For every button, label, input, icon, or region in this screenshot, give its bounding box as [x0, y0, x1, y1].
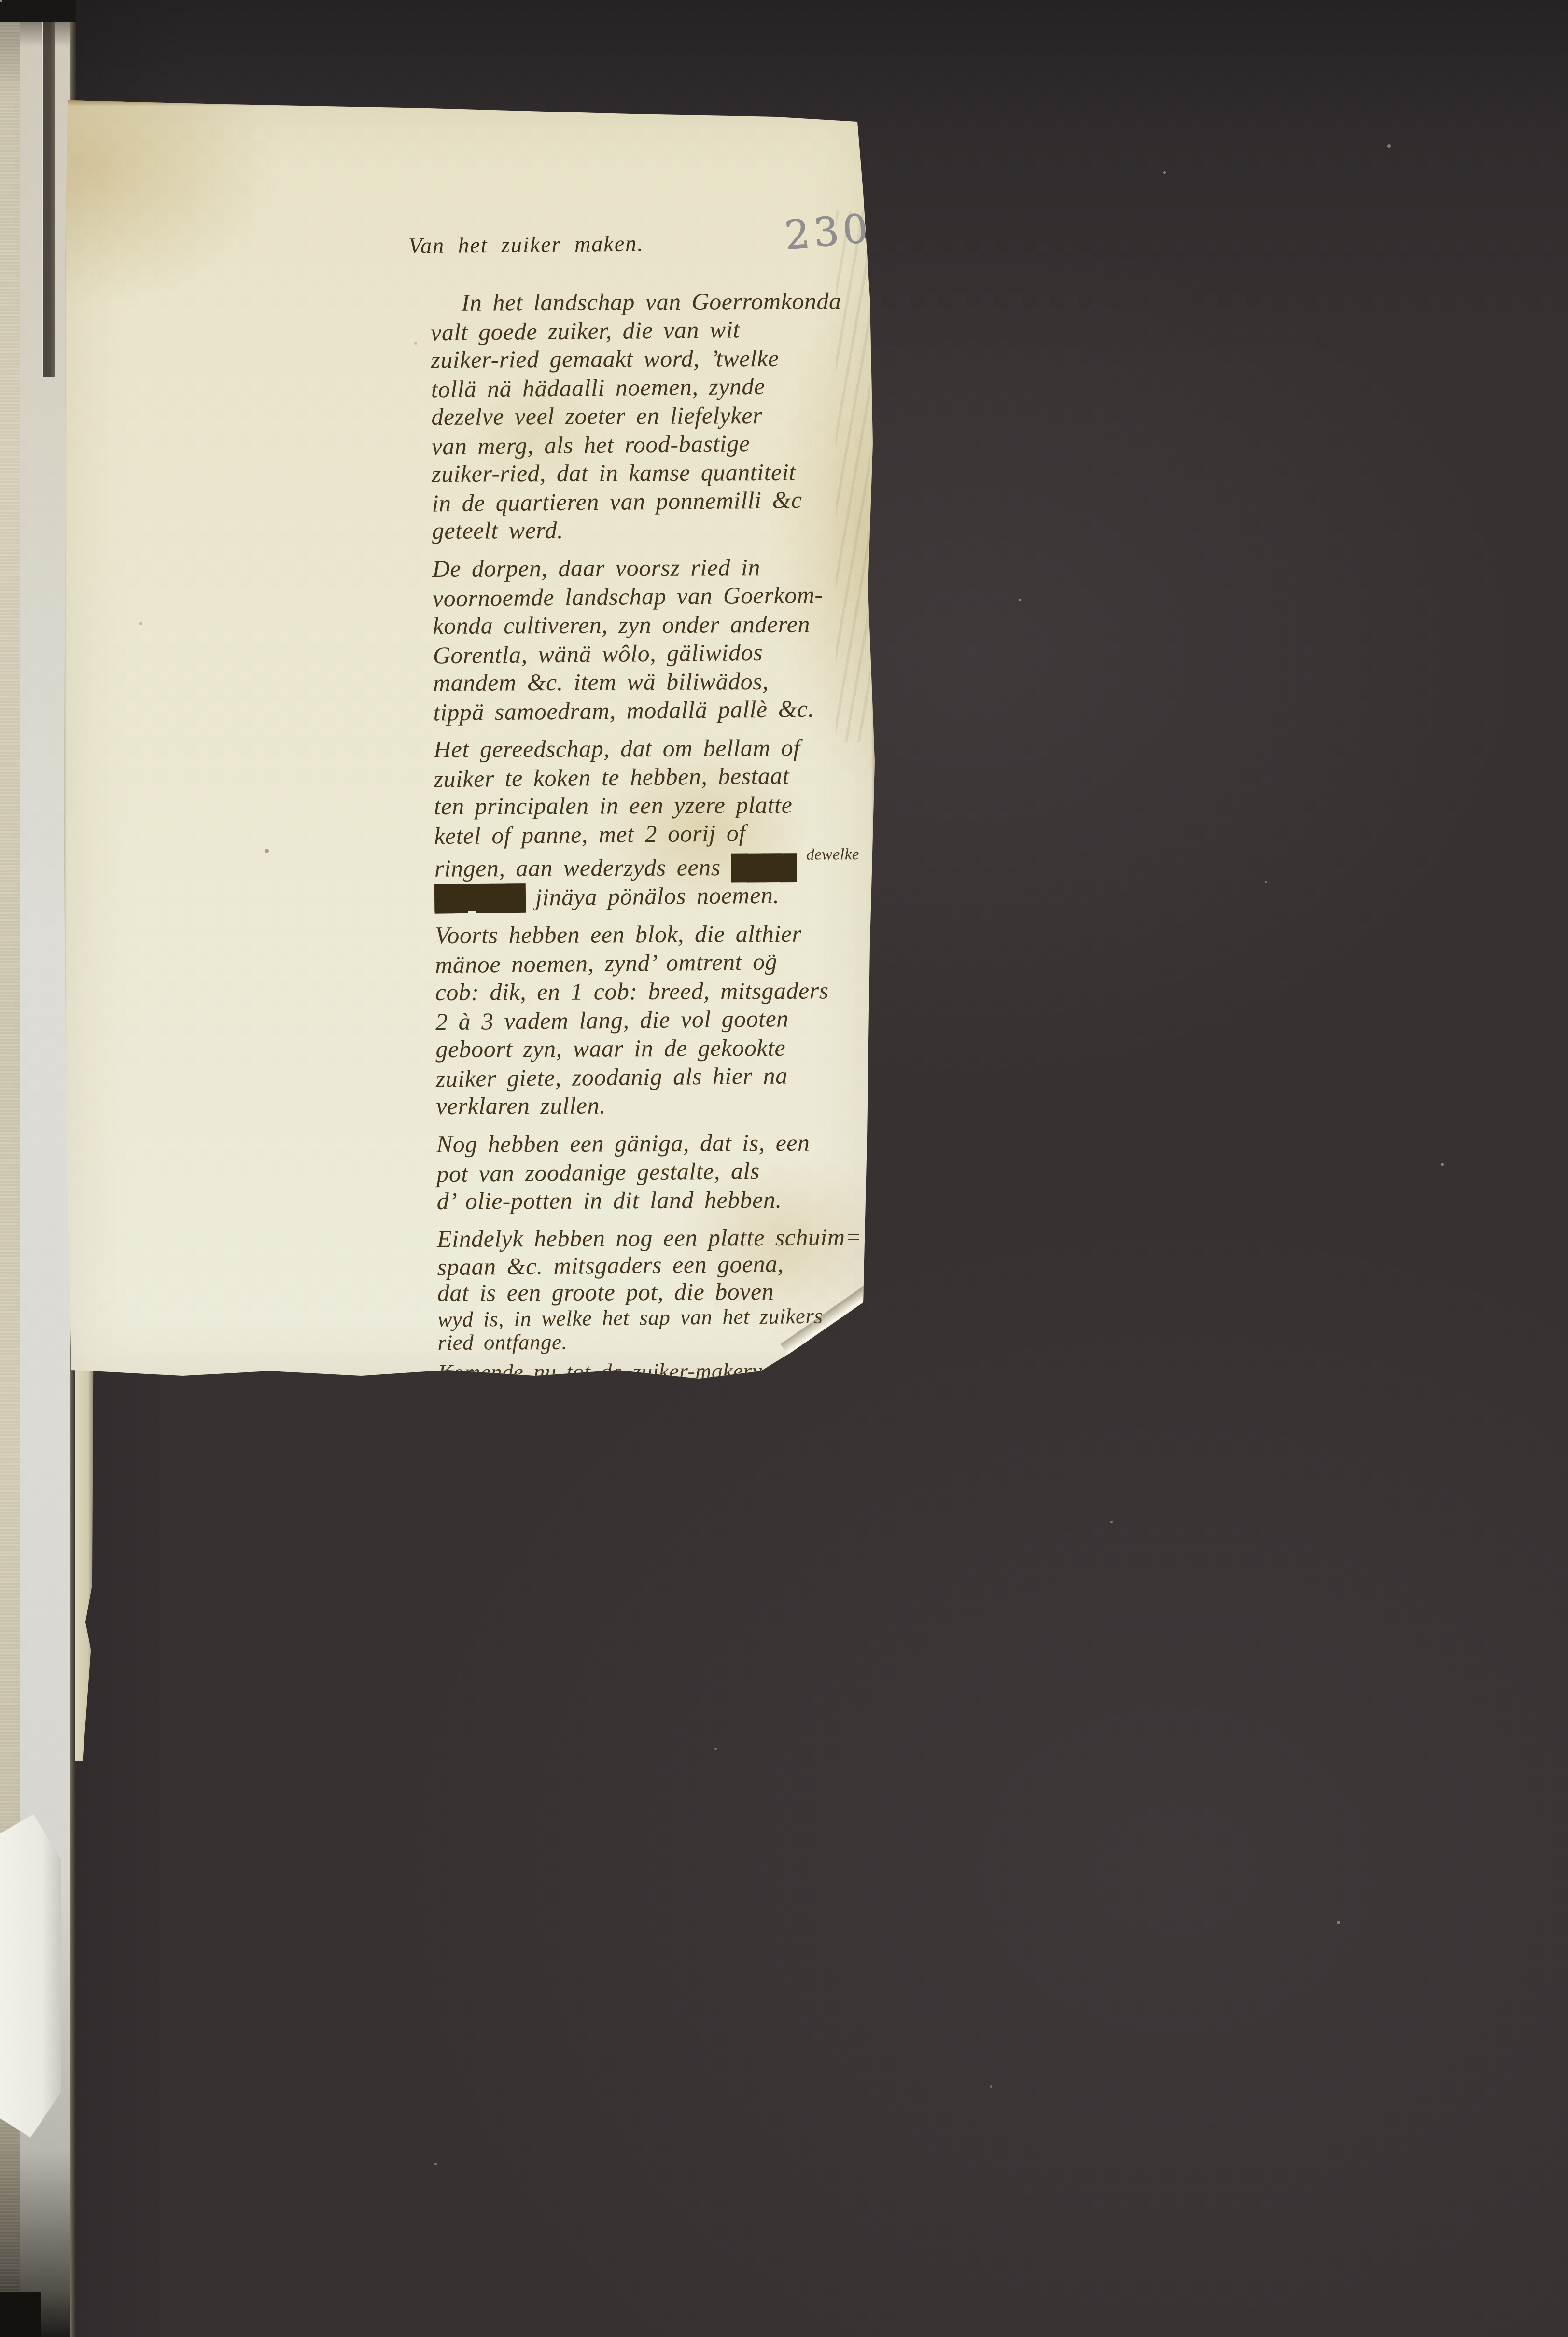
handwritten-line: In het landschap van Goerromkonda: [431, 287, 875, 317]
handwritten-line: voornoemde landschap van Goerkom-: [433, 580, 877, 613]
handwritten-line: Voorts hebben een blok, die althier: [435, 919, 879, 950]
handwritten-line: Gorentla, wänä wôlo, gäliwidos: [433, 637, 878, 670]
handwritten-line: ten principalen in een yzere platte: [434, 790, 878, 821]
ink-spot: [265, 849, 269, 853]
handwritten-line: wyd is, in welke het sap van het zuikers: [437, 1303, 882, 1331]
handwritten-line: tippä samoedram, modallä pallè &c.: [433, 694, 878, 727]
handwritten-line: in de quartieren van ponnemilli &c: [432, 485, 876, 518]
handwritten-line: Nog hebben een gäniga, dat is, een: [436, 1128, 881, 1159]
handwritten-line: dat is een groote pot, die boven: [437, 1277, 882, 1306]
manuscript-title: Van het zuiker maken.: [408, 230, 644, 258]
handwritten-line: zuiker-ried, dat in kamse quantiteit: [432, 458, 876, 488]
page-stack-highlight: [0, 1814, 61, 2138]
handwritten-line: van merg, als het rood-bastige: [431, 428, 876, 461]
dust-specks: [0, 0, 2, 2]
handwritten-line: Eindelyk hebben nog een platte schuim=: [437, 1223, 881, 1252]
handwritten-line: geboort zyn, waar in de gekookte: [435, 1033, 880, 1064]
ink-spot: [414, 342, 417, 345]
paragraph: Eindelyk hebben nog een platte schuim=sp…: [437, 1222, 882, 1355]
handwritten-line: d’ olie-potten in dit land hebben.: [437, 1185, 881, 1216]
handwritten-line: mänoe noemen, zynd’ omtrent og̈: [435, 946, 880, 979]
binding-shadow-sliver: [42, 0, 55, 377]
top-dark-cap: [0, 0, 76, 22]
handwritten-line: zuiker te koken te hebben, bestaat: [434, 761, 878, 794]
handwritten-line: dezelve veel zoeter en liefelyker: [431, 401, 875, 431]
handwritten-line: cob: dik, en 1 cob: breed, mitsgaders: [435, 976, 880, 1007]
bottom-corner-shadow: [0, 2292, 41, 2337]
manuscript-text: In het landschap van Goerromkondavalt go…: [430, 286, 882, 1467]
paragraph: In het landschap van Goerromkondavalt go…: [430, 286, 876, 546]
handwritten-line: ██ ███ jinäya pönälos noemen.: [434, 880, 879, 912]
paragraph: Het gereedschap, dat om bellam ofzuiker …: [434, 733, 879, 912]
manuscript-page: 230 1 Van het zuiker maken. In het lands…: [62, 96, 879, 1384]
handwritten-line: ketel of panne, met 2 oorij of: [434, 818, 879, 851]
handwritten-line: 2 à 3 vadem lang, die vol gooten: [435, 1003, 880, 1036]
handwritten-line: zuiker-ried gemaakt word, ’twelke: [431, 344, 875, 374]
handwritten-line: valt goede zuiker, die van wit: [431, 314, 875, 347]
ink-spot: [139, 622, 142, 625]
handwritten-line: Het gereedschap, dat om bellam of: [434, 733, 878, 764]
handwritten-line: ringen, aan wederzyds eens ████ dewelke: [434, 847, 879, 883]
paragraph: De dorpen, daar voorsz ried invoornoemde…: [432, 552, 877, 726]
handwritten-line: De dorpen, daar voorsz ried in: [432, 553, 876, 583]
handwritten-line: pot van zoodanige gestalte, als: [436, 1155, 881, 1188]
handwritten-line: zuiker giete, zoodanig als hier na: [436, 1060, 881, 1093]
handwritten-line: geteelt werd.: [432, 515, 876, 545]
handwritten-line: mandem &c. item wä biliwädos,: [433, 667, 877, 697]
handwritten-line: verklaren zullen.: [436, 1090, 880, 1120]
handwritten-line: tollä nä hädaalli noemen, zynde: [431, 371, 876, 404]
handwritten-line: konda cultiveren, zyn onder anderen: [433, 610, 877, 640]
folio-number-pencil: 230: [783, 206, 874, 259]
handwritten-line: spaan &c. mitsgaders een goena,: [437, 1249, 881, 1280]
paragraph: Voorts hebben een blok, die althiermänoe…: [435, 918, 881, 1120]
archival-photograph: 230 1 Van het zuiker maken. In het lands…: [0, 0, 1568, 2337]
paragraph: Nog hebben een gäniga, dat is, eenpot va…: [436, 1127, 881, 1216]
